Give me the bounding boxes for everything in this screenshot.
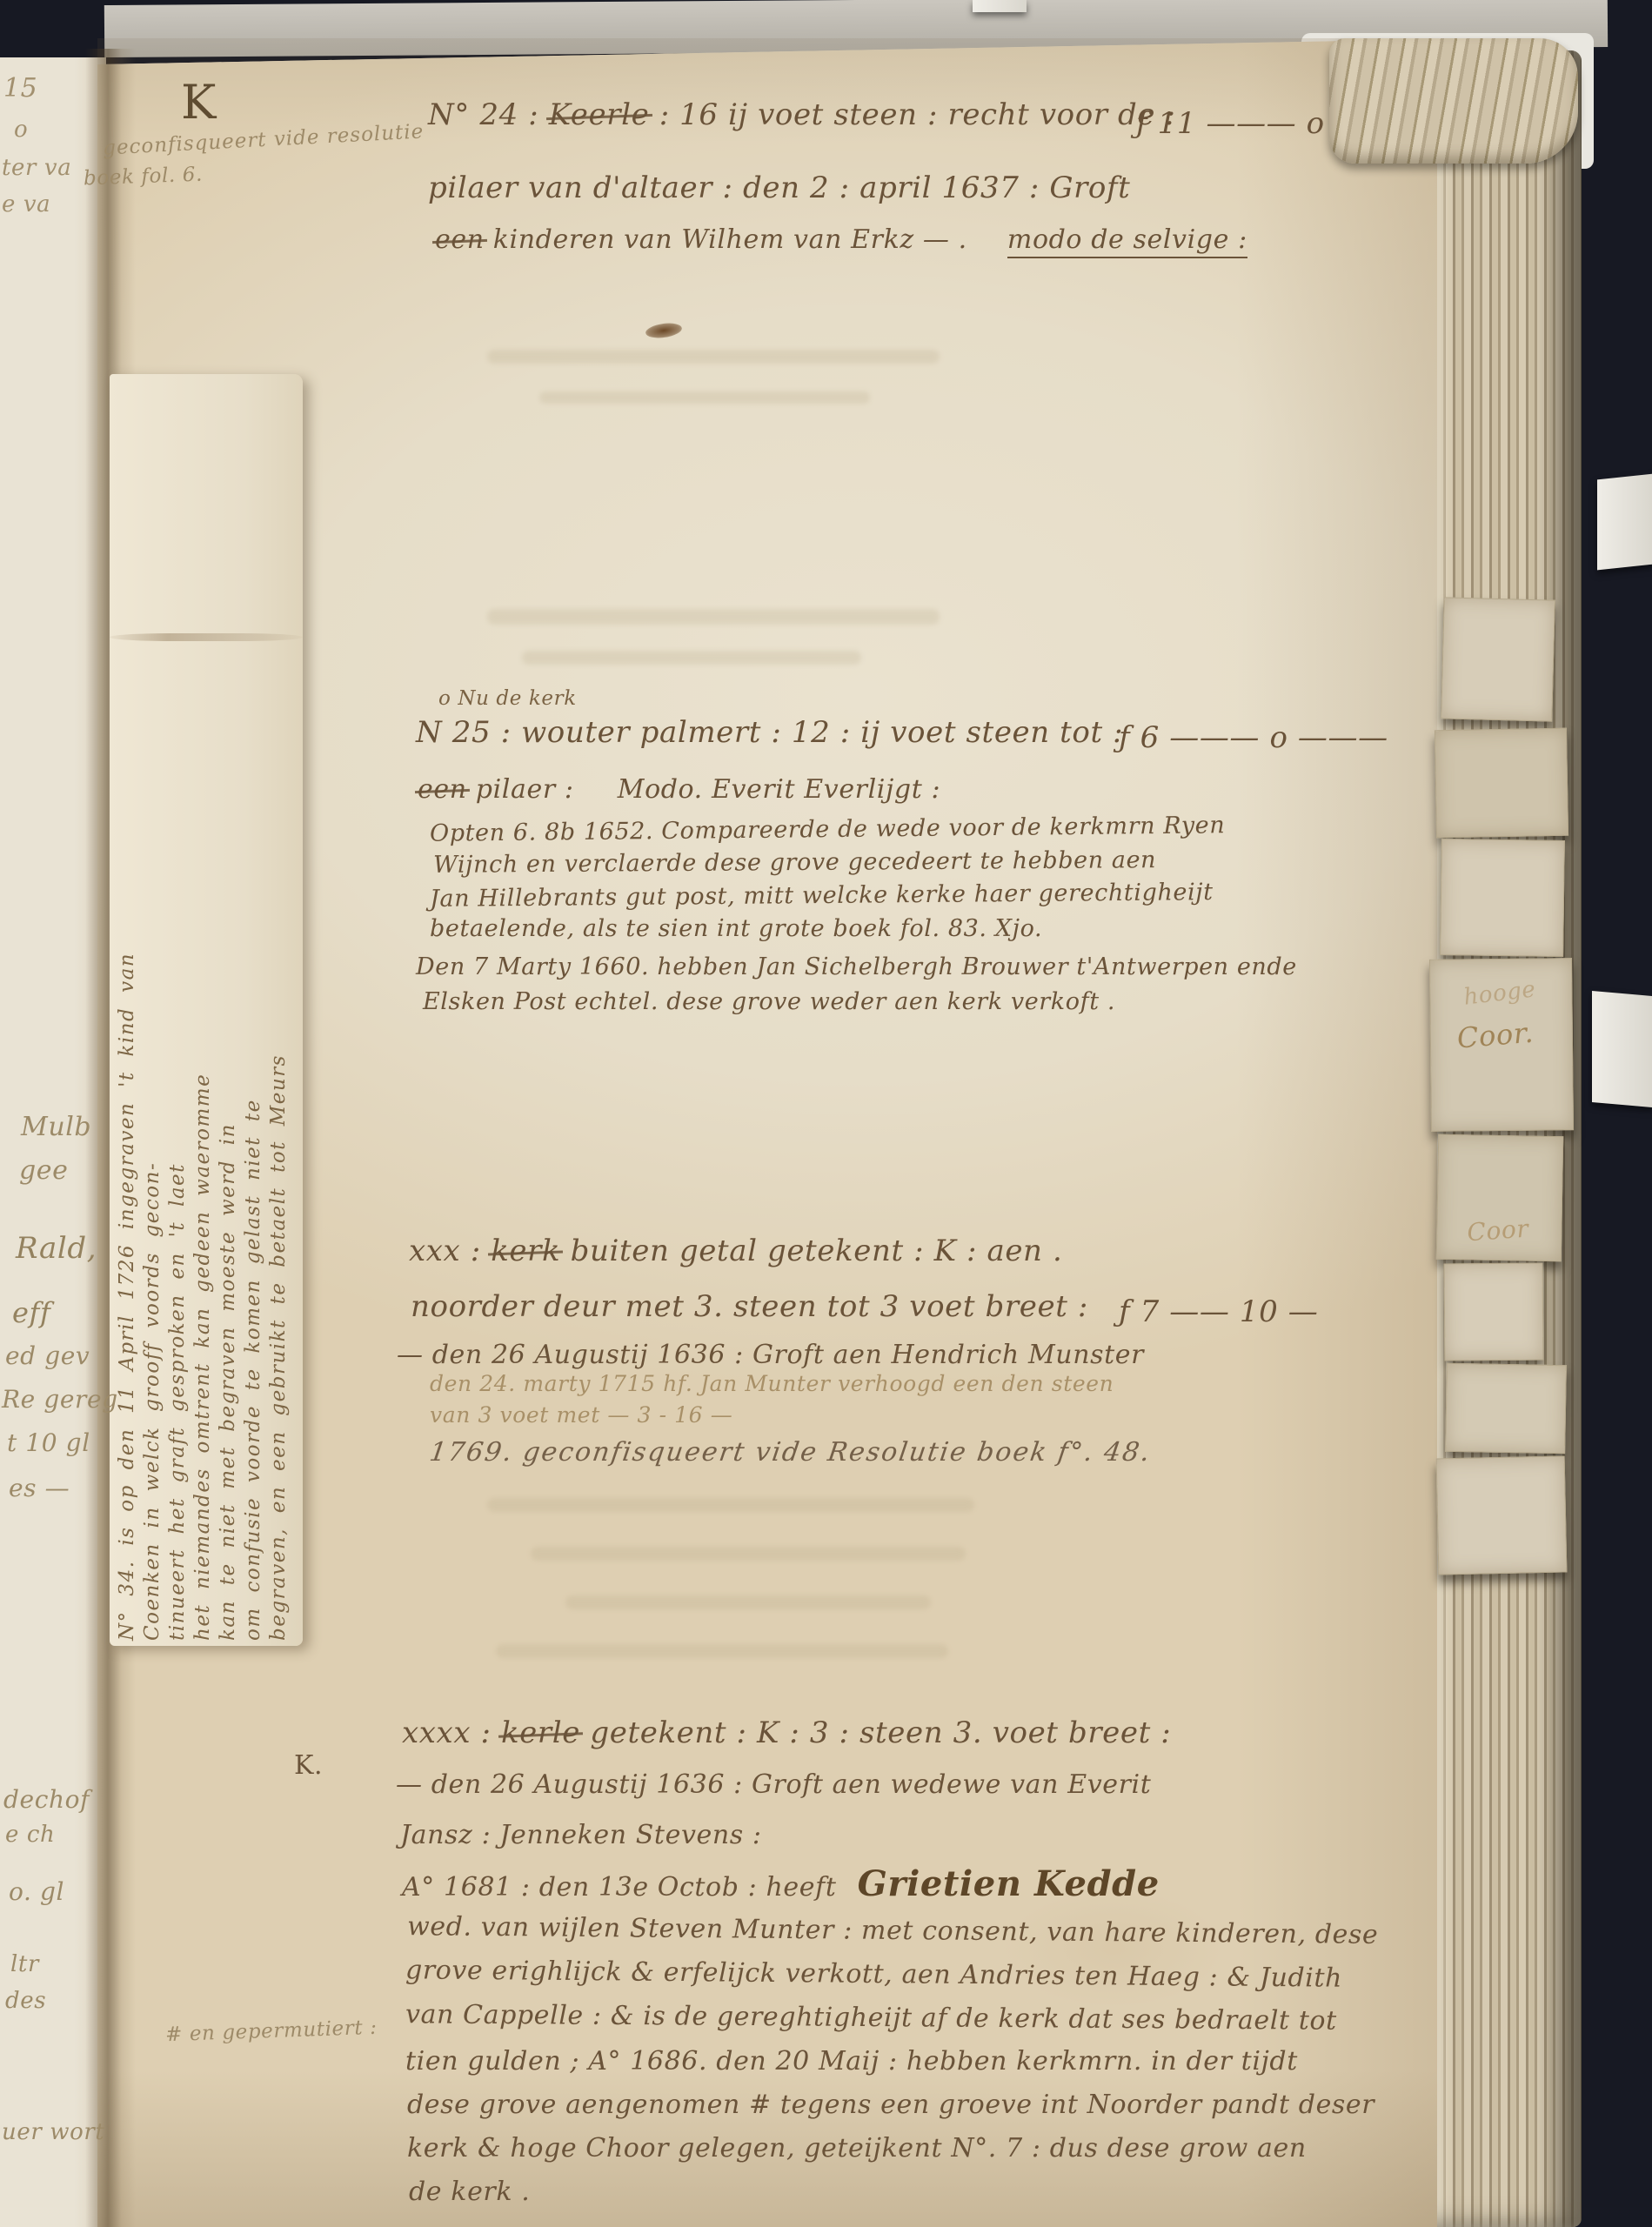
index-tab xyxy=(1441,597,1555,721)
index-tab xyxy=(1445,1363,1567,1454)
entryxxxx-body-line: tien gulden ; A° 1686. den 20 Maij : heb… xyxy=(405,2046,1298,2077)
book-tie-ribbon xyxy=(973,0,1027,12)
left-page-fragment: gee xyxy=(19,1155,69,1186)
left-page-fragment: Mulb xyxy=(21,1112,91,1142)
left-page-fragment: o. gl xyxy=(9,1877,64,1906)
entryxxx-struck-word: kerk xyxy=(491,1234,560,1268)
entry24-modo-note: modo de selvige : xyxy=(1007,224,1247,258)
show-through-stain xyxy=(522,651,861,665)
left-page-fragment: ltr xyxy=(10,1951,39,1977)
entryxxx-price: ƒ 7 —— 10 — xyxy=(1119,1294,1318,1329)
entry24-line3-struck: een xyxy=(435,224,485,255)
entry24-number: N° 24 : xyxy=(428,97,538,132)
left-page-fragment: 15 xyxy=(3,73,37,104)
entryxxxx-body-line: van Cappelle : & is de gereghtigheijt af… xyxy=(405,1999,1337,2036)
top-right-page-curl xyxy=(1329,38,1578,164)
slip-note: N° 34. is op den 11 April 1726 ingegrave… xyxy=(111,651,298,1641)
entryxxx-line1-rest: buiten getal getekent : K : aen . xyxy=(571,1234,1063,1268)
index-tab-label-coor2: Coor xyxy=(1466,1214,1529,1247)
entryxxxx-body-line: de kerk . xyxy=(409,2177,530,2207)
entry25-line2: een pilaer : Modo. Everit Everlijgt : xyxy=(418,774,940,805)
entryxxx-1769-line: 1769. geconfisqueert vide Resolutie boek… xyxy=(428,1437,1154,1468)
margin-note-folio-ref: boek fol. 6. xyxy=(84,164,204,191)
entryxxxx-line4: A° 1681 : den 13e Octob : heeft Grietien… xyxy=(402,1863,1160,1904)
entryxxxx-number: xxxx : xyxy=(402,1715,492,1750)
index-tab-label-hooge: hooge xyxy=(1462,976,1537,1010)
entryxxxx-person-name: Grietien Kedde xyxy=(858,1863,1160,1904)
left-page-fragment: des xyxy=(5,1988,46,2014)
entry25-small-line: betaelende, als te sien int grote boek f… xyxy=(430,915,1042,942)
entryxxxx-struck-word: kerle xyxy=(501,1715,580,1750)
entryxxx-line1: xxx : kerk buiten getal getekent : K : a… xyxy=(409,1234,1062,1268)
book-tie-ribbon xyxy=(1597,474,1652,571)
left-page-fragment: Re gereg xyxy=(2,1385,118,1414)
entry25-1660-note-line: Elsken Post echtel. dese grove weder aen… xyxy=(423,988,1115,1015)
show-through-stain xyxy=(487,1498,974,1512)
entry24-line2: pilaer van d'altaer : den 2 : april 1637… xyxy=(428,171,1130,205)
show-through-stain xyxy=(487,609,940,625)
index-tab xyxy=(1440,839,1565,957)
show-through-stain xyxy=(531,1547,966,1561)
entryxxx-line3: — den 26 Augustij 1636 : Groft aen Hendr… xyxy=(397,1340,1144,1370)
entry25-modo-note: Modo. Everit Everlijgt : xyxy=(618,774,940,805)
index-tab xyxy=(1435,728,1568,839)
manuscript-photo: N° 34. is op den 11 April 1726 ingegrave… xyxy=(0,0,1652,2227)
entry25-line2-rest: pilaer : xyxy=(476,774,574,805)
entryxxx-number: xxx : xyxy=(409,1234,481,1268)
margin-letter-k-dot: K. xyxy=(294,1750,323,1781)
entryxxxx-line2: — den 26 Augustij 1636 : Groft aen wedew… xyxy=(396,1769,1151,1800)
entry25-line1-rest: wouter palmert : 12 : ij voet steen tot … xyxy=(521,715,1123,750)
slip-note-line: het niemandes omtrent kan gedeen waeromm… xyxy=(191,651,216,1641)
entry24-line3-rest: kinderen van Wilhem van Erkz — . xyxy=(493,224,967,255)
entry24-line1-rest: : 16 ij voet steen : recht voor de : xyxy=(659,97,1176,132)
entry25-small-line: Wijnch en verclaerde dese grove gecedeer… xyxy=(433,846,1156,879)
left-page-fragment: Rald, xyxy=(16,1231,97,1266)
entry24-struck-word: Keerle xyxy=(549,97,650,132)
slip-note-line: begraven, en een gebruikt te betaelt tot… xyxy=(266,651,291,1641)
entry24-line1: N° 24 : Keerle : 16 ij voet steen : rech… xyxy=(428,97,1176,132)
show-through-stain xyxy=(565,1595,931,1609)
left-page-fragment: es — xyxy=(9,1474,70,1502)
slip-note-line: N° 34. is op den 11 April 1726 ingegrave… xyxy=(115,651,140,1641)
entryxxxx-body-line: dese grove aengenomen # tegens een groev… xyxy=(407,2090,1374,2120)
entry25-number: N 25 : xyxy=(416,715,512,750)
entry25-price: ƒ 6 ——— o ——— xyxy=(1119,720,1388,755)
entryxxxx-line4-date: A° 1681 : den 13e Octob : heeft xyxy=(402,1872,837,1903)
entry25-interlinear-note: o Nu de kerk xyxy=(438,687,577,710)
left-page-fragment: ter va xyxy=(2,155,71,181)
index-tab-coor2: Coor xyxy=(1436,1134,1563,1261)
show-through-stain xyxy=(539,391,870,404)
index-tab xyxy=(1444,1263,1544,1361)
show-through-stain xyxy=(487,350,940,364)
entry25-1660-note-line: Den 7 Marty 1660. hebben Jan Sichelbergh… xyxy=(416,953,1297,980)
slip-note-line: kan te niet met begraven moeste werd in xyxy=(216,651,241,1641)
left-page-fragment: e va xyxy=(2,191,50,217)
left-page-fragment: t 10 gl xyxy=(7,1428,90,1457)
entryxxx-1715-line: van 3 voet met — 3 - 16 — xyxy=(430,1402,732,1428)
slip-note-line: om confusie voorde te komen gelast niet … xyxy=(241,651,266,1641)
left-page-fragment: dechof xyxy=(3,1785,90,1814)
left-page-fragment: uer wort xyxy=(2,2119,104,2145)
entryxxxx-line3: Jansz : Jenneken Stevens : xyxy=(400,1820,762,1850)
entryxxxx-line1-rest: getekent : K : 3 : steen 3. voet breet : xyxy=(590,1715,1171,1750)
slip-note-line: tinueert het graft gesproken en 't laet xyxy=(165,651,191,1641)
book-tie-ribbon xyxy=(1592,991,1652,1107)
show-through-stain xyxy=(496,1644,948,1658)
left-page-fragment: e ch xyxy=(5,1822,55,1848)
left-page-fragment: o xyxy=(14,117,28,143)
slip-torn-seam xyxy=(110,633,303,641)
index-tab-label-coor: Coor. xyxy=(1456,1016,1535,1055)
left-page-fragment: eff xyxy=(12,1296,50,1329)
entryxxx-line2: noorder deur met 3. steen tot 3 voet bre… xyxy=(411,1289,1088,1324)
left-page-fragment: ed gev xyxy=(5,1341,90,1370)
entry24-line3: een kinderen van Wilhem van Erkz — . mod… xyxy=(435,224,1247,255)
slip-note-line: Coenken in welck grooff voords gecon- xyxy=(140,651,165,1641)
index-tab-coor: hooge Coor. xyxy=(1429,958,1574,1132)
entryxxxx-body-line: kerk & hoge Choor gelegen, geteijkent N°… xyxy=(407,2133,1307,2163)
index-tab xyxy=(1436,1455,1568,1575)
entry25-line1: N 25 : wouter palmert : 12 : ij voet ste… xyxy=(416,715,1123,750)
entryxxx-1715-line: den 24. marty 1715 hf. Jan Munter verhoo… xyxy=(430,1371,1114,1396)
margin-letter-k: K xyxy=(181,75,216,130)
entry25-line2-struck: een xyxy=(418,774,467,805)
entryxxxx-line1: xxxx : kerle getekent : K : 3 : steen 3.… xyxy=(402,1715,1171,1750)
